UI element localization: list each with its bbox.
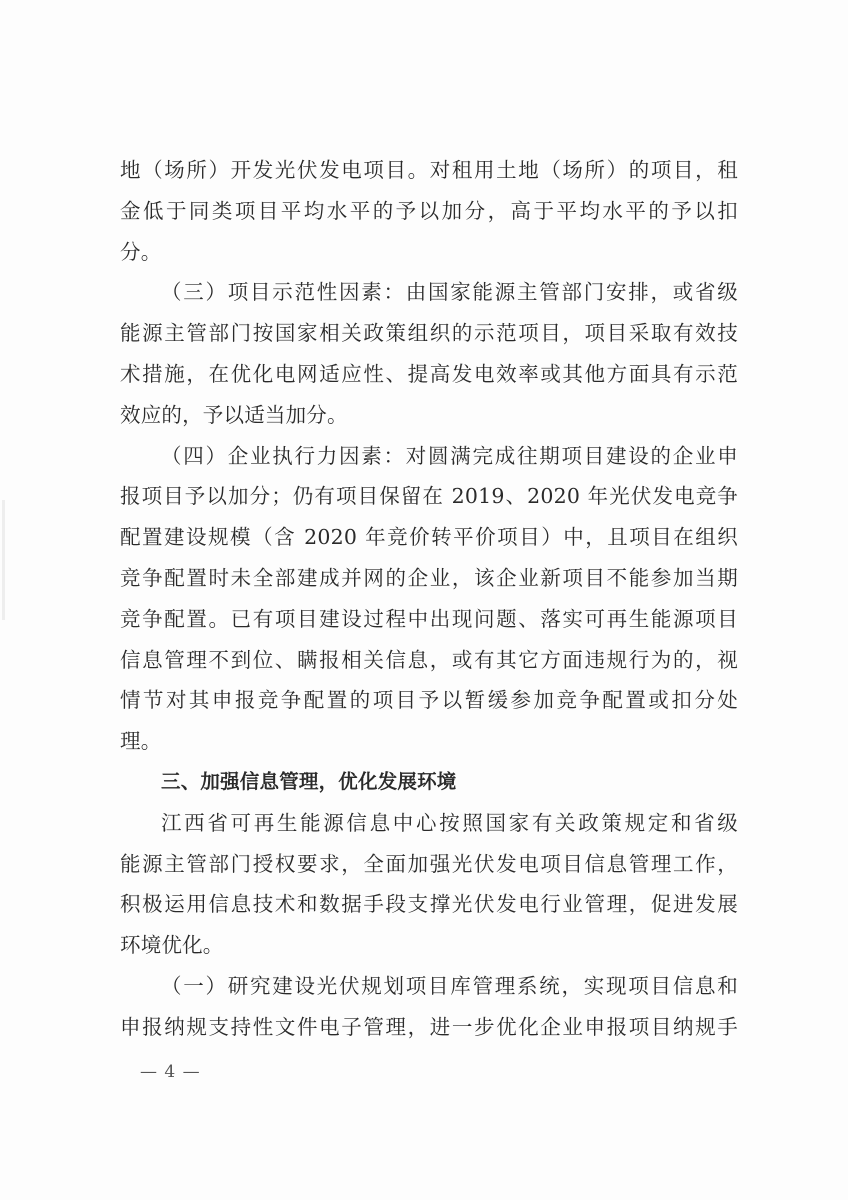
paragraph-start: 江西省可再生能源信息中心按照国家有关政策规定和省级 bbox=[120, 803, 738, 844]
text-line: 信息管理不到位、瞒报相关信息，或有其它方面违规行为的，视 bbox=[120, 640, 738, 681]
page-number: — 4 — bbox=[140, 1062, 201, 1082]
text-line: 报项目予以加分；仍有项目保留在 2019、2020 年光伏发电竞争 bbox=[120, 476, 738, 517]
section-item-4-start: （四）企业执行力因素：对圆满完成往期项目建设的企业申 bbox=[120, 436, 738, 477]
text-line: 环境优化。 bbox=[120, 925, 738, 966]
text-line: 效应的，予以适当加分。 bbox=[120, 395, 738, 436]
text-line: 能源主管部门按国家相关政策组织的示范项目，项目采取有效技 bbox=[120, 313, 738, 354]
text-line: 术措施，在优化电网适应性、提高发电效率或其他方面具有示范 bbox=[120, 354, 738, 395]
section-item-1-start: （一）研究建设光伏规划项目库管理系统，实现项目信息和 bbox=[120, 966, 738, 1007]
section-item-3-start: （三）项目示范性因素：由国家能源主管部门安排，或省级 bbox=[120, 272, 738, 313]
text-line: 申报纳规支持性文件电子管理，进一步优化企业申报项目纳规手 bbox=[120, 1007, 738, 1048]
text-line: 地（场所）开发光伏发电项目。对租用土地（场所）的项目，租 bbox=[120, 150, 738, 191]
document-body: 地（场所）开发光伏发电项目。对租用土地（场所）的项目，租 金低于同类项目平均水平… bbox=[120, 150, 738, 1048]
text-line: 竞争配置。已有项目建设过程中出现问题、落实可再生能源项目 bbox=[120, 599, 738, 640]
document-page: 地（场所）开发光伏发电项目。对租用土地（场所）的项目，租 金低于同类项目平均水平… bbox=[0, 0, 848, 1200]
section-heading: 三、加强信息管理，优化发展环境 bbox=[120, 762, 738, 803]
text-line: 积极运用信息技术和数据手段支撑光伏发电行业管理，促进发展 bbox=[120, 884, 738, 925]
text-line: 配置建设规模（含 2020 年竞价转平价项目）中，且项目在组织 bbox=[120, 517, 738, 558]
scan-edge-mark bbox=[2, 500, 5, 620]
text-line: 理。 bbox=[120, 721, 738, 762]
text-line: 竞争配置时未全部建成并网的企业，该企业新项目不能参加当期 bbox=[120, 558, 738, 599]
text-line: 分。 bbox=[120, 232, 738, 273]
text-line: 金低于同类项目平均水平的予以加分，高于平均水平的予以扣 bbox=[120, 191, 738, 232]
text-line: 情节对其申报竞争配置的项目予以暂缓参加竞争配置或扣分处 bbox=[120, 680, 738, 721]
text-line: 能源主管部门授权要求，全面加强光伏发电项目信息管理工作， bbox=[120, 844, 738, 885]
